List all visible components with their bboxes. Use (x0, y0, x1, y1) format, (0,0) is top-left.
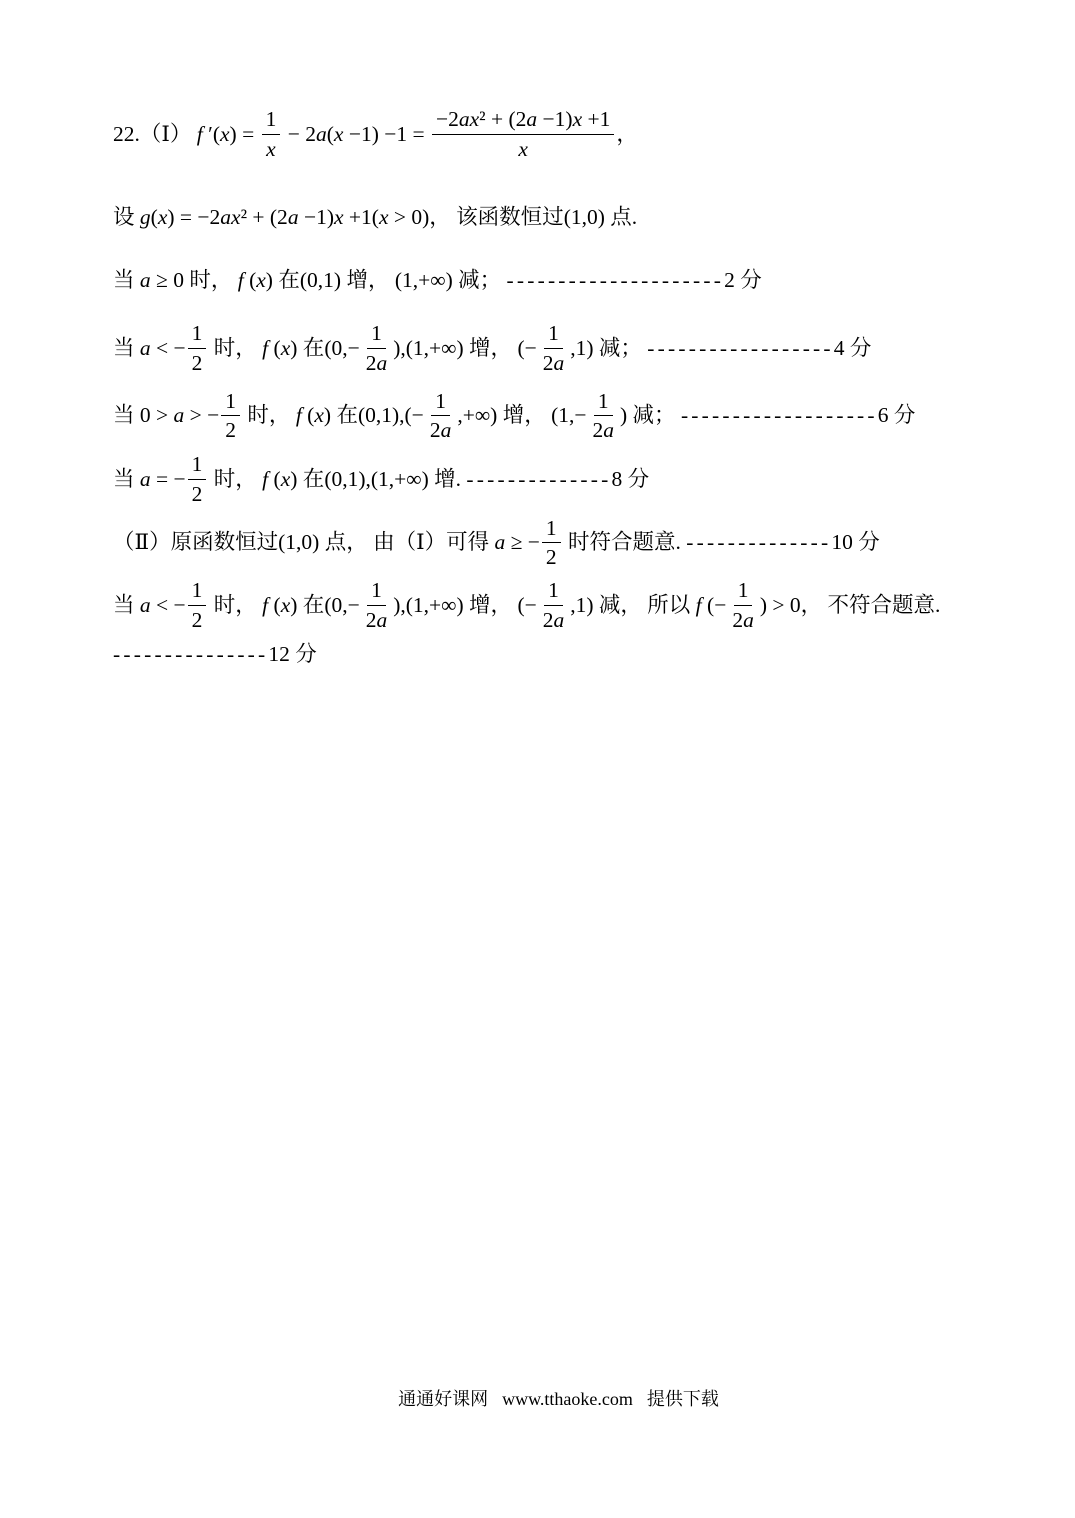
math-token: 2a (539, 606, 569, 634)
fraction: 12a (362, 577, 392, 633)
text-token: 点. (605, 204, 637, 231)
text-token: ， 该函数恒过 (429, 204, 563, 231)
math-token: 2 (221, 416, 240, 444)
math-variable: a (288, 205, 299, 229)
text-token: 当 (113, 592, 140, 619)
text-token: 当 (113, 335, 140, 362)
math-variable: g (140, 205, 151, 229)
fraction: 12 (188, 451, 207, 507)
text-token: 当 (113, 466, 140, 493)
text-token: 在 (297, 466, 324, 493)
math-token: − 2a(x −1) −1 = (282, 121, 430, 148)
math-variable: a (316, 122, 327, 146)
math-token: 0 > a > − (140, 402, 219, 429)
math-variable: f (262, 336, 268, 360)
dash-run: -------------- (686, 529, 831, 556)
part-two-case-a-lt-neg-half: 当 a < −12 时， f (x) 在(0,−12a),(1,+∞) 增， (… (113, 577, 1018, 633)
page: { "footer": { "site_name": "通通好课网", "url… (0, 0, 1075, 1518)
math-variable: a (441, 418, 452, 442)
case-a-lt-neg-half-score-4: 当 a < −12 时， f (x) 在(0,−12a),(1,+∞) 增， (… (113, 320, 1018, 376)
part-two-conclusion-score-10: （Ⅱ）原函数恒过(1,0) 点， 由（Ⅰ）可得 a ≥ −12 时符合题意. -… (113, 515, 1018, 571)
math-token: 2 (188, 606, 207, 634)
fraction: −2ax² + (2a −1)x +1x (432, 106, 614, 162)
math-token: x (514, 135, 532, 163)
math-variable: a (140, 467, 151, 491)
math-variable: x (334, 122, 344, 146)
math-token: (1,− (551, 402, 586, 429)
math-token: 1 (367, 577, 386, 606)
math-token: (0,1) (300, 267, 341, 294)
math-variable: x (334, 205, 344, 229)
text-token: 在 (297, 335, 324, 362)
math-token: 1 (367, 320, 386, 349)
fraction: 12a (362, 320, 392, 376)
math-token: 1 (188, 451, 207, 480)
case-a-ge-0-score-2: 当 a ≥ 0 时， f (x) 在(0,1) 增， (1,+∞) 减； ---… (113, 267, 1018, 294)
math-token: 1 (594, 388, 613, 417)
math-token: (0,− (324, 335, 359, 362)
dash-run: --------------- (113, 641, 268, 668)
math-token: g(x) = −2ax² + (2a −1)x +1(x > 0) (140, 204, 429, 231)
text-token: 时， (208, 335, 262, 362)
dash-run: ------------------ (647, 335, 833, 362)
text-token: 减， 所以 (594, 592, 696, 619)
math-token: x (262, 135, 280, 163)
text-token: 在 (297, 592, 324, 619)
text-token: 时， (184, 267, 238, 294)
case-a-eq-neg-half-score-8: 当 a = −12 时， f (x) 在(0,1),(1,+∞) 增. ----… (113, 451, 1018, 507)
text-token: 当 (113, 402, 140, 429)
math-token: f (x) (238, 267, 273, 294)
text-token: 点， 由（Ⅰ）可得 (319, 529, 494, 556)
math-variable: f (238, 268, 244, 292)
math-token: 2 (542, 543, 561, 571)
math-token: f (x) (262, 466, 297, 493)
math-variable: a (140, 593, 151, 617)
text-token: 增， (464, 335, 518, 362)
math-token: ,1) (570, 335, 593, 362)
math-variable: x (518, 137, 528, 161)
score-12: ---------------12 分 (113, 641, 1018, 668)
text-token: 6 分 (878, 402, 916, 429)
math-token: f ′(x) = (197, 121, 260, 148)
math-variable: ax (459, 107, 479, 131)
fraction: 12a (728, 577, 758, 633)
math-token: (1,+∞) (395, 267, 453, 294)
math-variable: a (174, 403, 185, 427)
math-token: −2ax² + (2a −1)x +1 (432, 106, 614, 135)
math-variable: a (140, 268, 151, 292)
text-token: 当 (113, 267, 140, 294)
fraction: 12 (188, 320, 207, 376)
math-token: 2 (188, 480, 207, 508)
math-token: 2a (589, 416, 619, 444)
math-token: ,+∞) (457, 402, 497, 429)
solution-lines: 22.（Ⅰ） f ′(x) = 1x − 2a(x −1) −1 = −2ax²… (113, 106, 1018, 668)
text-token: 22.（Ⅰ） (113, 121, 197, 148)
math-variable: x (220, 122, 230, 146)
text-token: 时， (242, 402, 296, 429)
text-token: 在 (331, 402, 358, 429)
math-token: (0,1),(− (358, 402, 424, 429)
math-token: a = − (140, 466, 186, 493)
math-token: a < − (140, 335, 186, 362)
math-variable: x (379, 205, 389, 229)
math-token: a ≥ − (494, 529, 539, 556)
math-variable: a (526, 107, 537, 131)
text-token: （Ⅱ）原函数恒过 (113, 529, 278, 556)
math-token: 1 (734, 577, 753, 606)
math-variable: a (603, 418, 614, 442)
math-variable: x (281, 467, 291, 491)
math-variable: x (266, 137, 276, 161)
math-variable: f (696, 593, 702, 617)
math-variable: f (262, 593, 268, 617)
text-token: 8 分 (611, 466, 649, 493)
fraction: 12a (426, 388, 456, 444)
math-variable: x (281, 336, 291, 360)
math-token: (− (517, 335, 536, 362)
text-token: 10 分 (831, 529, 879, 556)
text-token: 时， (208, 466, 262, 493)
math-token: (1,0) (564, 204, 605, 231)
footer-site-name: 通通好课网 (398, 1389, 488, 1409)
fraction: 12a (539, 320, 569, 376)
text-token: ， 不符合题意. (801, 592, 941, 619)
text-token: 在 (273, 267, 300, 294)
text-token: 增， (464, 592, 518, 619)
dash-run: --------------------- (507, 267, 725, 294)
fraction: 12a (539, 577, 569, 633)
math-variable: a (553, 608, 564, 632)
q22-part-one-derivative: 22.（Ⅰ） f ′(x) = 1x − 2a(x −1) −1 = −2ax²… (113, 106, 1018, 162)
math-token: ),(1,+∞) (393, 592, 463, 619)
math-token: (0,− (324, 592, 359, 619)
math-token: 2a (728, 606, 758, 634)
text-token: 4 分 (834, 335, 872, 362)
math-token: (0,1),(1,+∞) (324, 466, 428, 493)
text-token: 时， (208, 592, 262, 619)
math-token: f (x) (262, 335, 297, 362)
math-token: f (x) (296, 402, 331, 429)
math-token: 2a (426, 416, 456, 444)
text-token: ， (616, 121, 638, 148)
math-token: 2a (362, 606, 392, 634)
dash-run: ------------------- (681, 402, 878, 429)
fraction: 1x (262, 106, 281, 162)
math-token: f (− (696, 592, 727, 619)
math-token: 1 (542, 515, 561, 544)
math-token: 1 (544, 577, 563, 606)
math-variable: f (197, 122, 203, 146)
math-token: ),(1,+∞) (393, 335, 463, 362)
math-token: (− (517, 592, 536, 619)
math-token: 1 (262, 106, 281, 135)
math-token: 1 (431, 388, 450, 417)
text-token: 减； (453, 267, 507, 294)
dash-run: -------------- (466, 466, 611, 493)
text-token: 时符合题意. (563, 529, 687, 556)
define-g-function: 设 g(x) = −2ax² + (2a −1)x +1(x > 0)， 该函数… (113, 204, 1018, 231)
math-variable: x (314, 403, 324, 427)
math-variable: f (296, 403, 302, 427)
fraction: 12 (542, 515, 561, 571)
text-token: 增， (341, 267, 395, 294)
footer-url: www.tthaoke.com (502, 1389, 633, 1409)
math-token: 1 (188, 320, 207, 349)
math-variable: a (494, 530, 505, 554)
math-variable: x (281, 593, 291, 617)
math-variable: a (743, 608, 754, 632)
math-variable: a (376, 351, 387, 375)
text-token: 减； (594, 335, 648, 362)
math-token: ) > 0 (760, 592, 801, 619)
math-variable: x (573, 107, 583, 131)
math-token: a < − (140, 592, 186, 619)
math-token: 2a (539, 349, 569, 377)
text-token: 增， (497, 402, 551, 429)
text-token: 减； (627, 402, 681, 429)
text-token: 2 分 (724, 267, 762, 294)
footer-credit: 通通好课网www.tthaoke.com提供下载 (42, 1385, 1075, 1411)
text-token: 设 (113, 204, 140, 231)
math-token: 2 (188, 349, 207, 377)
math-variable: x (256, 268, 266, 292)
math-token: 2a (362, 349, 392, 377)
case-0-gt-a-gt-neg-half-score-6: 当 0 > a > −12 时， f (x) 在(0,1),(−12a,+∞) … (113, 388, 1018, 444)
math-token: 1 (544, 320, 563, 349)
math-token: f (x) (262, 592, 297, 619)
math-variable: x (158, 205, 168, 229)
footer-note: 提供下载 (647, 1389, 719, 1409)
math-variable: a (376, 608, 387, 632)
math-variable: a (553, 351, 564, 375)
math-token: 1 (221, 388, 240, 417)
fraction: 12a (589, 388, 619, 444)
math-token: 1 (188, 577, 207, 606)
math-variable: f (262, 467, 268, 491)
math-variable: ax (220, 205, 240, 229)
math-token: ) (620, 402, 627, 429)
math-token: (1,0) (278, 529, 319, 556)
math-variable: a (140, 336, 151, 360)
math-token: a ≥ 0 (140, 267, 184, 294)
text-token: 12 分 (268, 641, 316, 668)
text-token: 增. (429, 466, 467, 493)
fraction: 12 (221, 388, 240, 444)
math-token: ,1) (570, 592, 593, 619)
fraction: 12 (188, 577, 207, 633)
